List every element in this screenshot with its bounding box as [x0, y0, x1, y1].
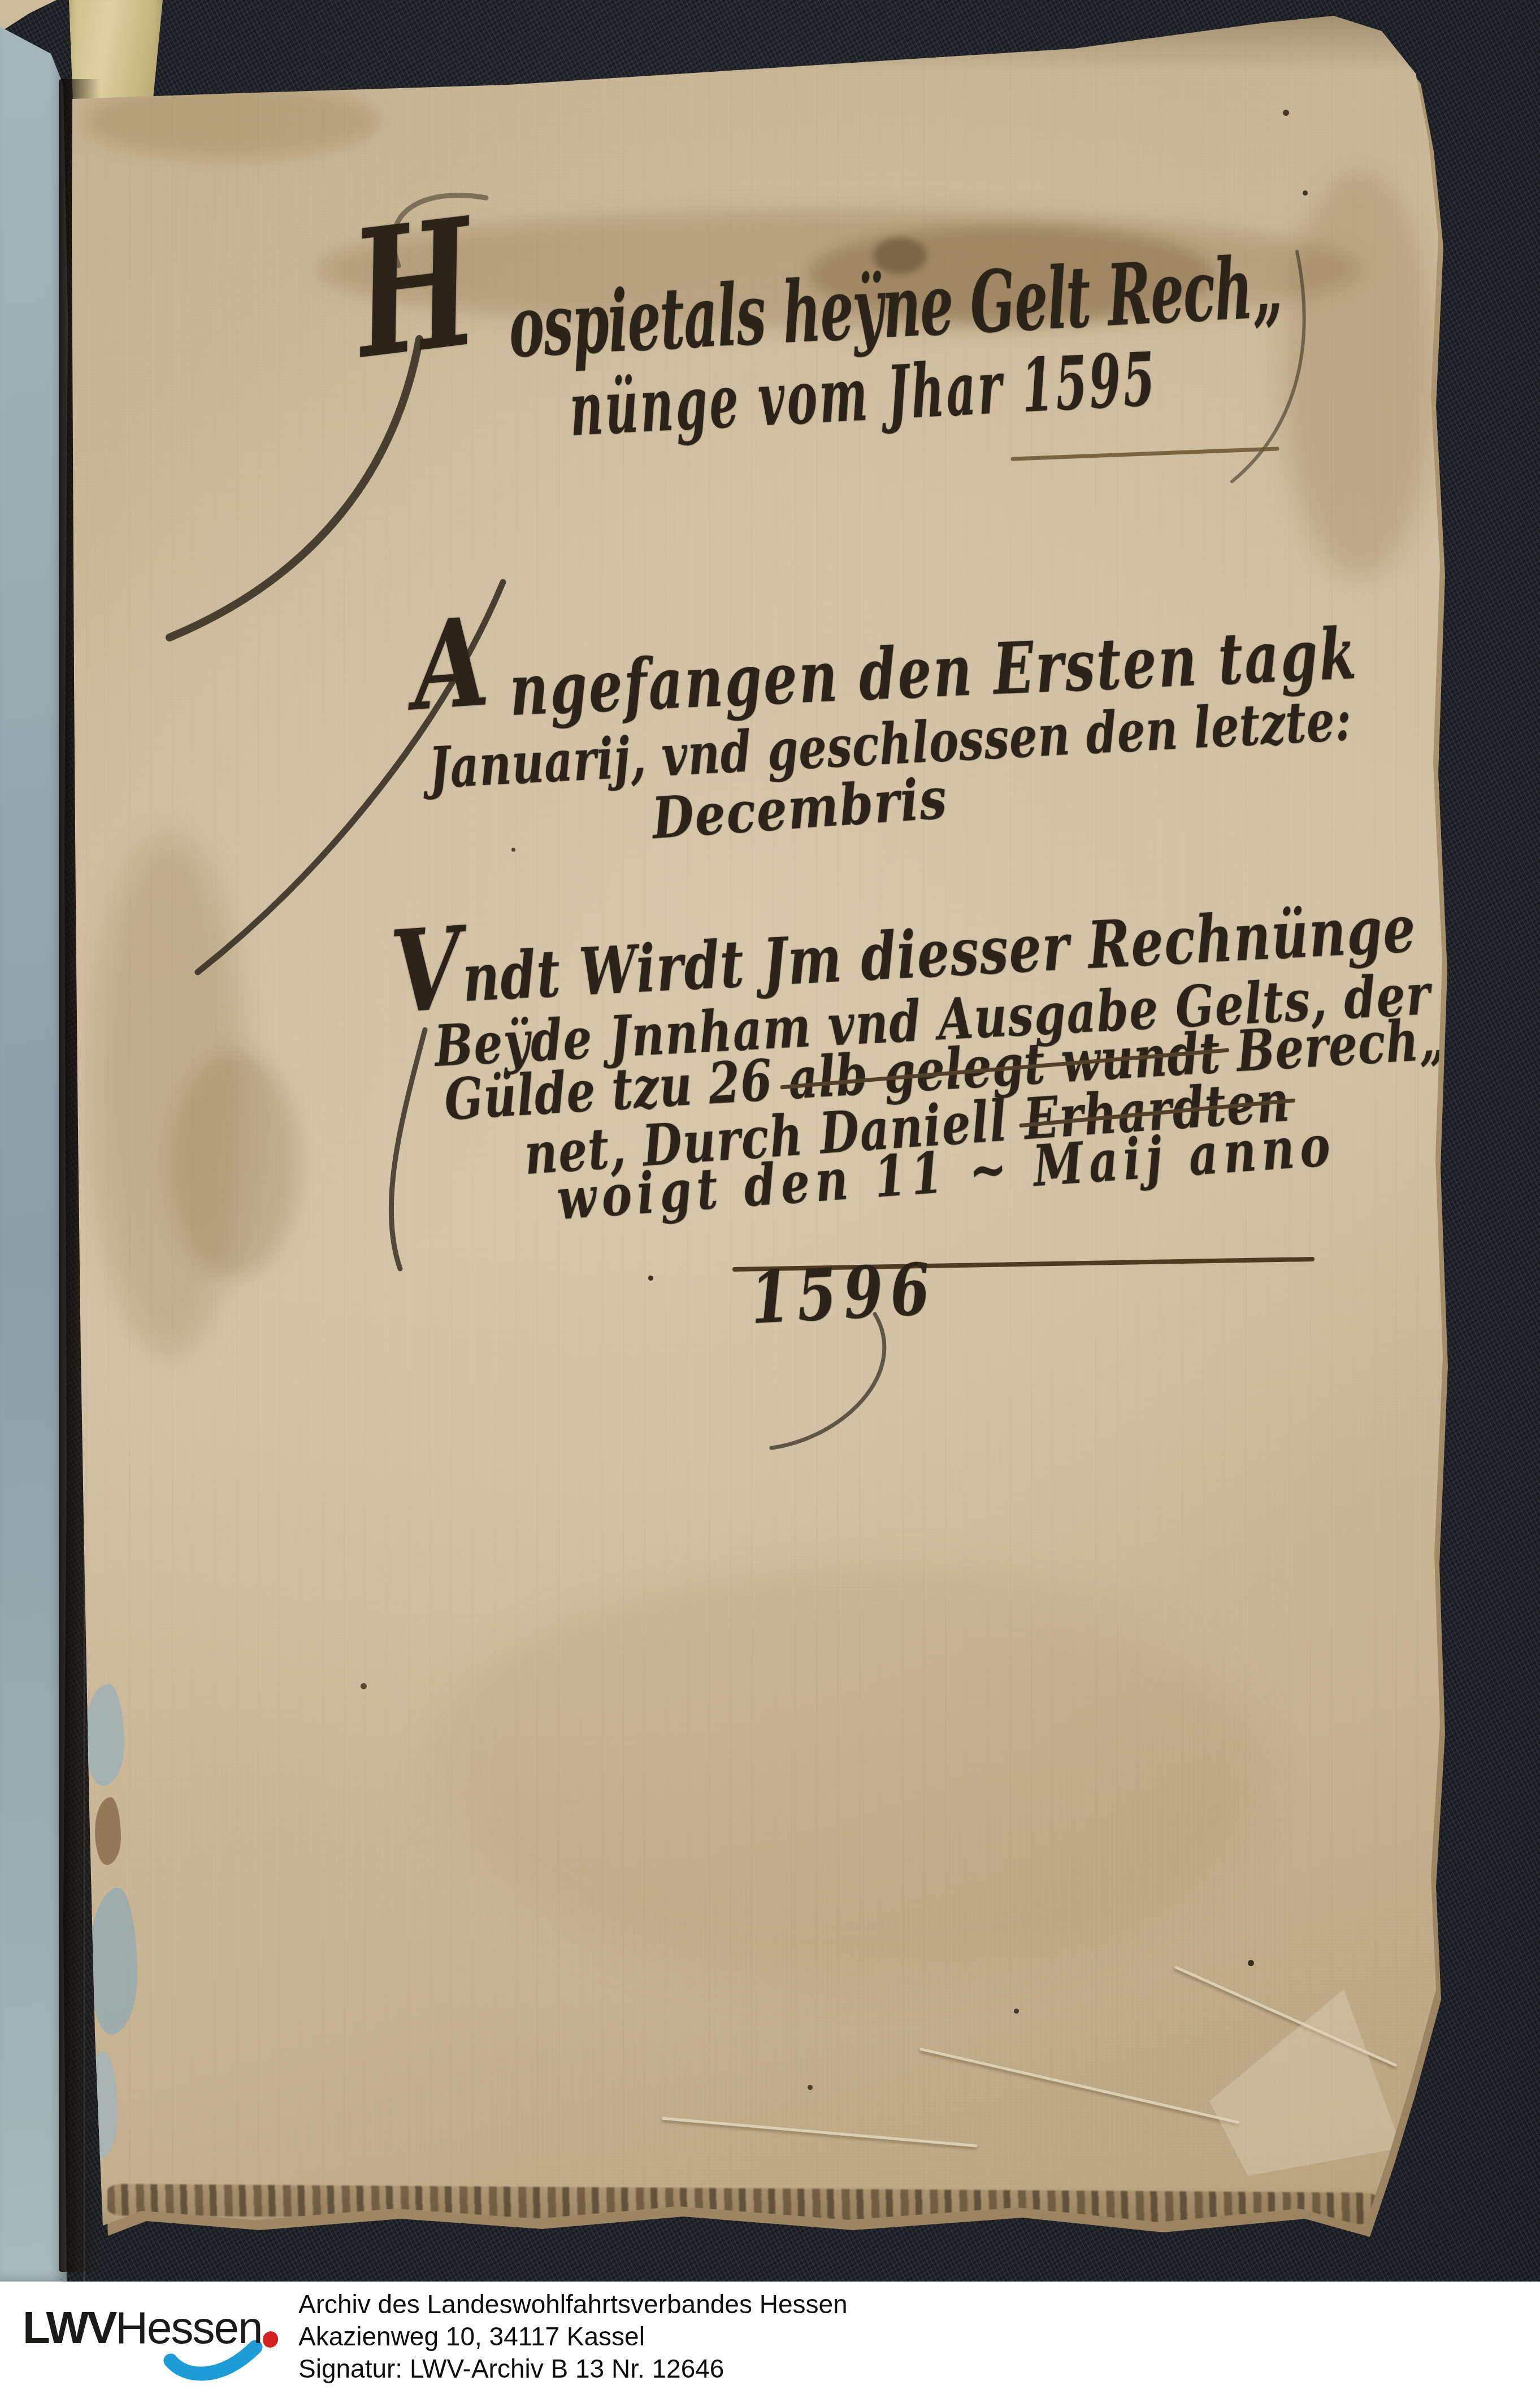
blue-cover-edge [0, 0, 68, 2282]
archive-signature-line: Signatur: LWV-Archiv B 13 Nr. 12646 [298, 2353, 848, 2385]
rule-above-1595 [1013, 449, 1277, 459]
year-1596: 1596 [749, 1250, 939, 1338]
archive-address-block: Archiv des Landeswohlfahrtsverbandes Hes… [298, 2288, 848, 2385]
archive-footer-bar: LWVHessen Archiv des Landeswohlfahrtsver… [0, 2282, 1540, 2394]
initial-letter-a: A [409, 601, 492, 727]
archive-name-line: Archiv des Landeswohlfahrtsverbandes Hes… [298, 2288, 848, 2321]
v-swash-flourish [391, 1030, 425, 1269]
initial-letter-h: H [345, 195, 484, 383]
manuscript-page: H ospietals heÿne Gelt Rech„ nünge vom J… [0, 0, 1540, 2282]
logo-hessen-text: Hessen [115, 2302, 262, 2353]
logo-lwv-text: LWV [23, 2302, 115, 2353]
lwv-hessen-logo: LWVHessen [23, 2302, 262, 2354]
archive-street-line: Akazienweg 10, 34117 Kassel [298, 2321, 848, 2353]
